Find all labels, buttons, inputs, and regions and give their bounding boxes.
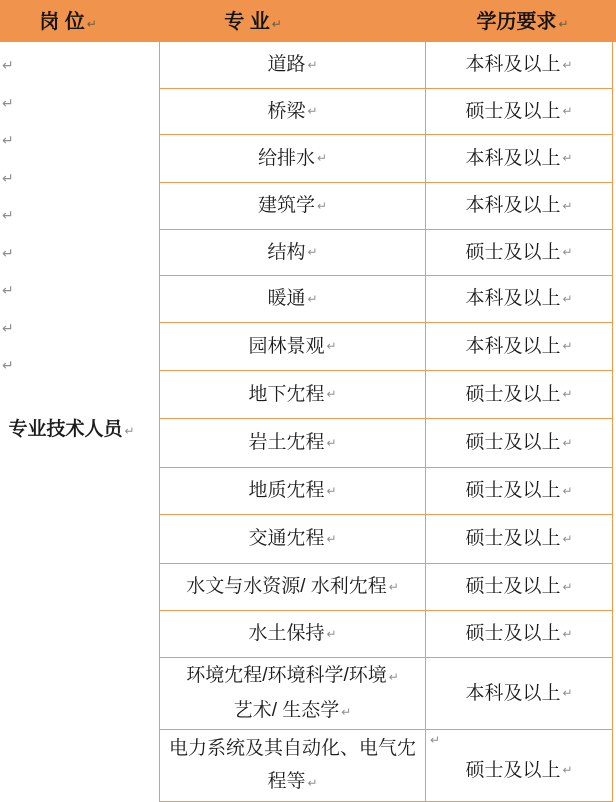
major-text: 水土保持	[248, 622, 324, 646]
paragraph-mark-icon: ↵	[2, 245, 14, 262]
major-cell: 水土保持↵	[160, 611, 426, 658]
education-cell: 硕士及以上↵	[426, 515, 613, 564]
major-text: 地下冘程	[248, 383, 324, 407]
paragraph-mark-icon: ↵	[2, 357, 14, 374]
paragraph-mark-icon: ↵	[326, 436, 336, 451]
empty-paragraph: ↵	[0, 235, 159, 273]
paragraph-mark-icon: ↵	[326, 627, 336, 642]
header-major: 专 业↵	[120, 5, 386, 37]
education-cell: 本科及以上↵	[426, 323, 613, 371]
paragraph-mark-icon: ↵	[326, 484, 336, 499]
major-text: 交通冘程	[248, 527, 324, 551]
major-text: 道路	[267, 53, 305, 77]
education-text: 硕士及以上	[465, 100, 560, 124]
paragraph-mark-icon: ↵	[430, 733, 440, 748]
major-text: 地质冘程	[248, 479, 324, 503]
paragraph-mark-icon: ↵	[2, 207, 14, 224]
major-text-line: 环境冘程/环境科学/环境↵	[186, 659, 399, 694]
paragraph-mark-icon: ↵	[562, 58, 572, 73]
paragraph-mark-icon: ↵	[2, 282, 14, 299]
position-title: 专业技术人员↵	[0, 414, 151, 441]
paragraph-mark-icon: ↵	[307, 104, 317, 119]
major-cell: 交通冘程↵	[160, 515, 426, 564]
education-cell: 硕士及以上↵	[426, 371, 613, 419]
position-merged-cell: ↵ ↵ ↵ ↵ ↵ ↵ ↵ ↵ ↵ 专业技术人员↵	[0, 42, 160, 802]
major-text: 暖通	[267, 287, 305, 311]
paragraph-mark-icon: ↵	[562, 484, 572, 499]
education-cell: 本科及以上↵	[426, 658, 613, 730]
education-text: 本科及以上	[465, 53, 560, 77]
major-cell: 地下冘程↵	[160, 371, 426, 419]
major-text: 岩土冘程	[248, 431, 324, 455]
empty-paragraph: ↵	[0, 310, 159, 348]
paragraph-mark-icon: ↵	[562, 245, 572, 260]
paragraph-mark-icon: ↵	[326, 387, 336, 402]
paragraph-mark-icon: ↵	[326, 339, 336, 354]
major-text-line: 艺术/ 生态学↵	[234, 694, 352, 729]
education-text: 本科及以上	[465, 682, 560, 706]
education-cell: ↵ 硕士及以上↵	[426, 730, 613, 802]
major-text: 水文与水资源/ 水利冘程	[186, 575, 387, 599]
paragraph-mark-icon: ↵	[326, 532, 336, 547]
major-text: 桥梁	[267, 100, 305, 124]
education-cell: 本科及以上↵	[426, 183, 613, 230]
education-cell: 本科及以上↵	[426, 276, 613, 323]
position-title-text: 专业技术人员	[8, 419, 122, 440]
education-text: 硕士及以上	[465, 759, 560, 783]
paragraph-mark-icon: ↵	[2, 320, 14, 337]
header-position-label: 岗 位	[39, 11, 85, 33]
paragraph-mark-icon: ↵	[558, 17, 568, 31]
paragraph-mark-icon: ↵	[317, 199, 327, 214]
empty-paragraph: ↵	[0, 47, 159, 85]
paragraph-mark-icon: ↵	[307, 58, 317, 73]
major-text: 建筑学	[258, 194, 315, 218]
paragraph-mark-icon: ↵	[87, 17, 97, 31]
paragraph-mark-icon: ↵	[562, 104, 572, 119]
paragraph-mark-icon: ↵	[124, 424, 134, 438]
major-cell: 桥梁↵	[160, 89, 426, 135]
empty-paragraph: ↵	[0, 122, 159, 160]
education-text: 硕士及以上	[465, 622, 560, 646]
paragraph-mark-icon: ↵	[307, 292, 317, 307]
paragraph-mark-icon: ↵	[562, 580, 572, 595]
education-cell: 本科及以上↵	[426, 135, 613, 183]
major-cell: 道路↵	[160, 42, 426, 89]
education-cell: 硕士及以上↵	[426, 419, 613, 468]
paragraph-mark-icon: ↵	[317, 151, 327, 166]
major-cell: 电力系统及其自动化、电气冘 程等↵	[160, 730, 426, 802]
major-cell: 暖通↵	[160, 276, 426, 323]
empty-paragraph: ↵	[0, 160, 159, 198]
paragraph-mark-icon: ↵	[562, 686, 572, 701]
major-cell: 水文与水资源/ 水利冘程↵	[160, 564, 426, 611]
paragraph-mark-icon: ↵	[307, 245, 317, 260]
header-major-label: 专 业	[224, 11, 270, 33]
education-text: 硕士及以上	[465, 241, 560, 265]
empty-paragraph: ↵	[0, 347, 159, 385]
paragraph-mark-icon: ↵	[562, 339, 572, 354]
education-cell: 本科及以上↵	[426, 42, 613, 89]
empty-paragraph: ↵	[0, 272, 159, 310]
table-header-row: 岗 位↵ 专 业↵ 学历要求↵	[0, 0, 616, 42]
document-page: 岗 位↵ 专 业↵ 学历要求↵ ↵ ↵ ↵ ↵ ↵ ↵ ↵ ↵ ↵ 专业技术人员…	[0, 0, 616, 802]
paragraph-mark-icon: ↵	[562, 627, 572, 642]
education-text: 硕士及以上	[465, 383, 560, 407]
paragraph-mark-icon: ↵	[562, 387, 572, 402]
paragraph-mark-icon: ↵	[389, 670, 399, 684]
major-cell: 园林景观↵	[160, 323, 426, 371]
major-text: 电力系统及其自动化、电气冘	[169, 738, 416, 759]
major-cell: 地质冘程↵	[160, 468, 426, 515]
paragraph-mark-icon: ↵	[272, 17, 282, 31]
education-text: 硕士及以上	[465, 431, 560, 455]
paragraph-mark-icon: ↵	[562, 199, 572, 214]
education-text: 硕士及以上	[465, 479, 560, 503]
header-education: 学历要求↵	[429, 5, 616, 37]
paragraph-mark-icon: ↵	[562, 532, 572, 547]
major-text: 程等	[267, 771, 305, 792]
education-text: 本科及以上	[465, 194, 560, 218]
paragraph-mark-icon: ↵	[2, 95, 14, 112]
major-cell: 结构↵	[160, 230, 426, 276]
major-cell: 建筑学↵	[160, 183, 426, 230]
paragraph-mark-icon: ↵	[2, 170, 14, 187]
education-cell: 硕士及以上↵	[426, 564, 613, 611]
education-text: 硕士及以上	[465, 575, 560, 599]
education-cell: 硕士及以上↵	[426, 230, 613, 276]
education-text: 本科及以上	[465, 335, 560, 359]
major-text: 结构	[267, 241, 305, 265]
paragraph-mark-icon: ↵	[307, 776, 317, 790]
education-text: 硕士及以上	[465, 527, 560, 551]
empty-paragraph: ↵	[0, 197, 159, 235]
education-text: 本科及以上	[465, 147, 560, 171]
paragraph-mark-icon: ↵	[341, 705, 351, 719]
major-text: 环境冘程/环境科学/环境	[186, 665, 387, 686]
major-cell: 给排水↵	[160, 135, 426, 183]
table-body: ↵ ↵ ↵ ↵ ↵ ↵ ↵ ↵ ↵ 专业技术人员↵ 道路↵ 本科及以上↵ 桥梁↵…	[0, 42, 616, 802]
paragraph-mark-icon: ↵	[389, 580, 399, 595]
major-text: 艺术/ 生态学	[234, 700, 340, 721]
header-education-label: 学历要求	[476, 11, 556, 33]
paragraph-mark-icon: ↵	[562, 763, 572, 778]
education-cell: 硕士及以上↵	[426, 468, 613, 515]
major-text-line: 电力系统及其自动化、电气冘	[169, 732, 416, 765]
paragraph-mark-icon: ↵	[2, 57, 14, 74]
education-cell: 硕士及以上↵	[426, 611, 613, 658]
major-cell: 环境冘程/环境科学/环境↵ 艺术/ 生态学↵	[160, 658, 426, 730]
major-text: 园林景观	[248, 335, 324, 359]
education-text: 本科及以上	[465, 287, 560, 311]
education-cell: 硕士及以上↵	[426, 89, 613, 135]
paragraph-mark-icon: ↵	[562, 151, 572, 166]
paragraph-mark-icon: ↵	[562, 292, 572, 307]
empty-paragraph: ↵	[0, 85, 159, 123]
major-cell: 岩土冘程↵	[160, 419, 426, 468]
paragraph-mark-icon: ↵	[2, 132, 14, 149]
paragraph-mark-icon: ↵	[562, 436, 572, 451]
major-text: 给排水	[258, 147, 315, 171]
major-text-line: 程等↵	[267, 765, 317, 800]
